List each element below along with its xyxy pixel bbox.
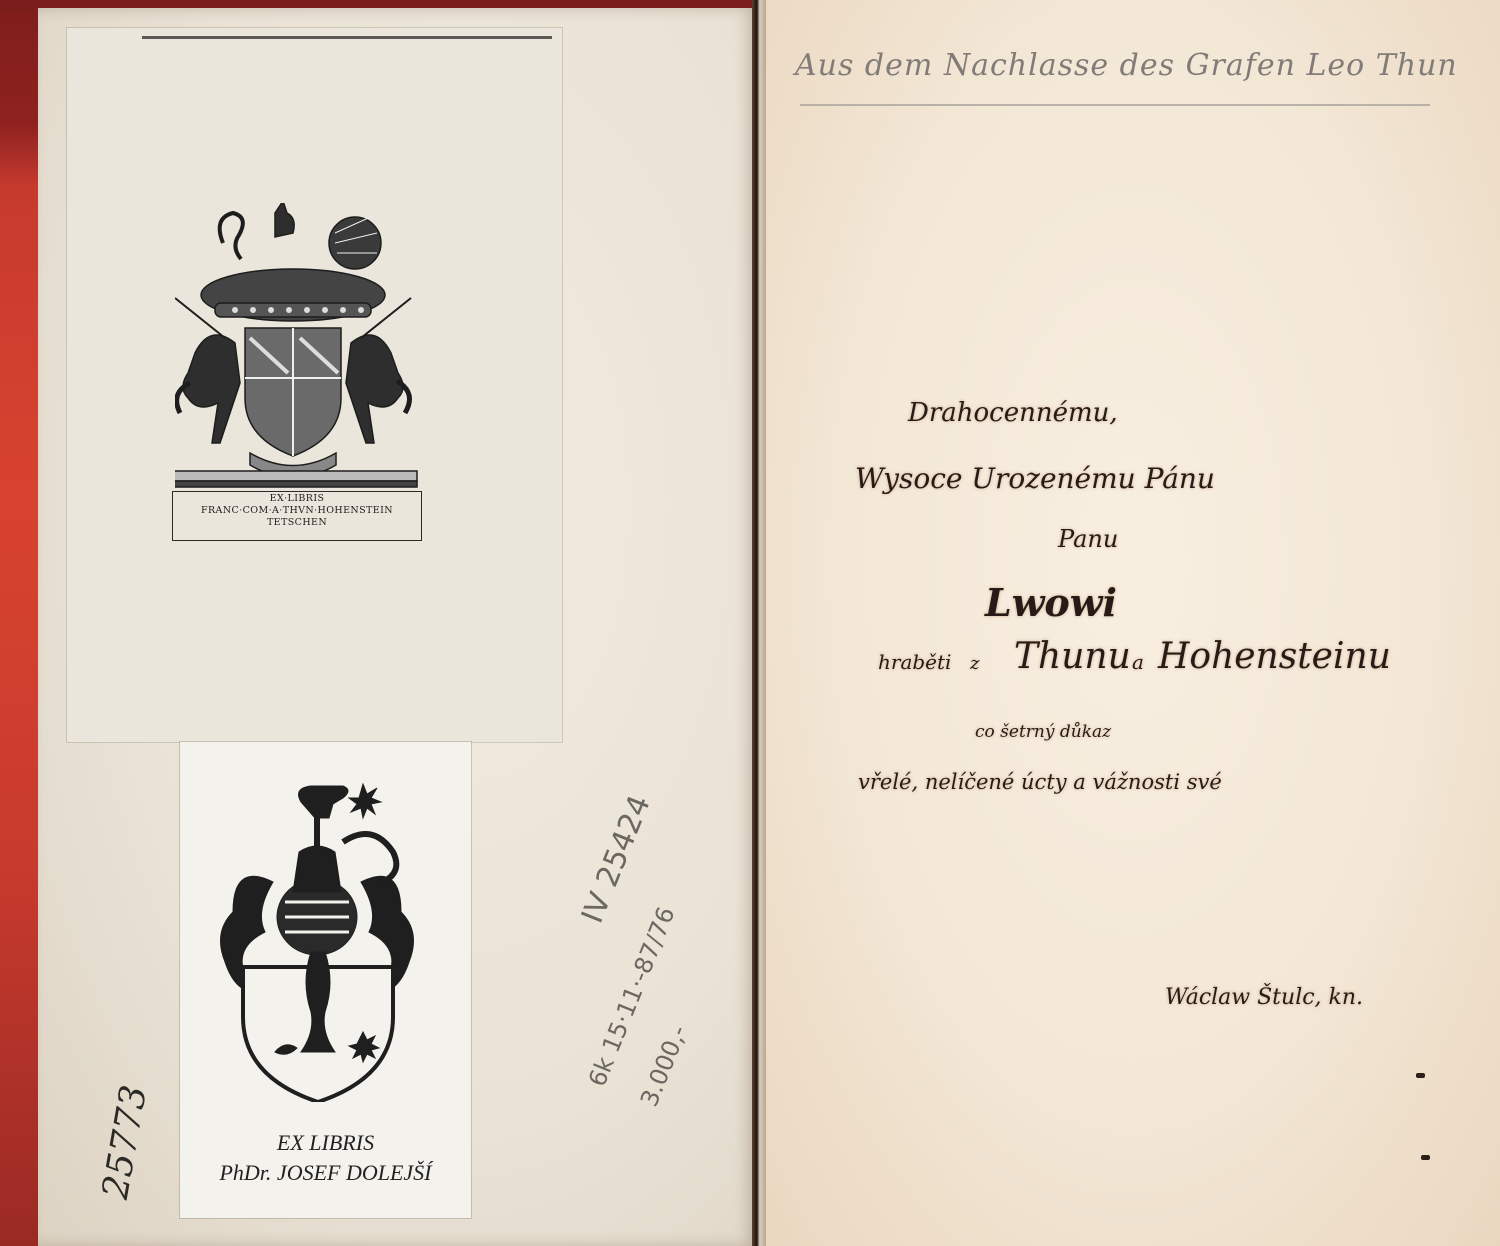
right-flyleaf: [766, 0, 1500, 1246]
thun-plate-line-3: TETSCHEN: [172, 517, 422, 529]
dedication-line-4: Lwowi: [985, 580, 1117, 625]
bookplate-thun-hohenstein: EX·LIBRIS FRANC·COM·A·THVN·HOHENSTEIN TE…: [67, 28, 562, 742]
dolejsi-plate-owner: PhDr. JOSEF DOLEJŠÍ: [180, 1160, 471, 1186]
thun-plate-inscription: EX·LIBRIS FRANC·COM·A·THVN·HOHENSTEIN TE…: [172, 465, 422, 545]
ink-speck: [1416, 1073, 1425, 1078]
thun-plate-line-1: EX·LIBRIS: [172, 493, 422, 505]
dedication-line-6: co šetrný důkaz: [975, 722, 1111, 742]
book-gutter: [752, 0, 766, 1246]
dedication-line-2: Wysoce Urozenému Pánu: [855, 462, 1215, 495]
dedication-line-5c: Thunu: [1014, 636, 1131, 677]
dedication-line-1: Drahocennému,: [908, 398, 1118, 428]
provenance-note: Aus dem Nachlasse des Grafen Leo Thun: [795, 48, 1458, 83]
ink-speck: [1421, 1155, 1430, 1160]
dedication-line-5d: a: [1132, 650, 1144, 674]
dolejsi-crest-icon: [213, 782, 443, 1102]
provenance-underline: [800, 104, 1430, 106]
thun-coat-of-arms-icon: [175, 203, 435, 503]
dedication-signature: Wáclaw Štulc, kn.: [1165, 985, 1363, 1010]
dedication-line-7: vřelé, nelíčené úcty a vážnosti své: [858, 770, 1222, 794]
bookplate-dolejsi: EX LIBRIS PhDr. JOSEF DOLEJŠÍ: [180, 742, 471, 1218]
dedication-line-5e: Hohensteinu: [1158, 636, 1391, 677]
dedication-line-5a: hraběti: [878, 650, 951, 674]
plate-top-rule: [142, 36, 552, 39]
dolejsi-plate-title: EX LIBRIS: [180, 1130, 471, 1156]
thun-plate-line-2: FRANC·COM·A·THVN·HOHENSTEIN: [172, 505, 422, 517]
dedication-line-3: Panu: [1058, 525, 1118, 553]
dedication-line-5b: z: [970, 653, 979, 674]
